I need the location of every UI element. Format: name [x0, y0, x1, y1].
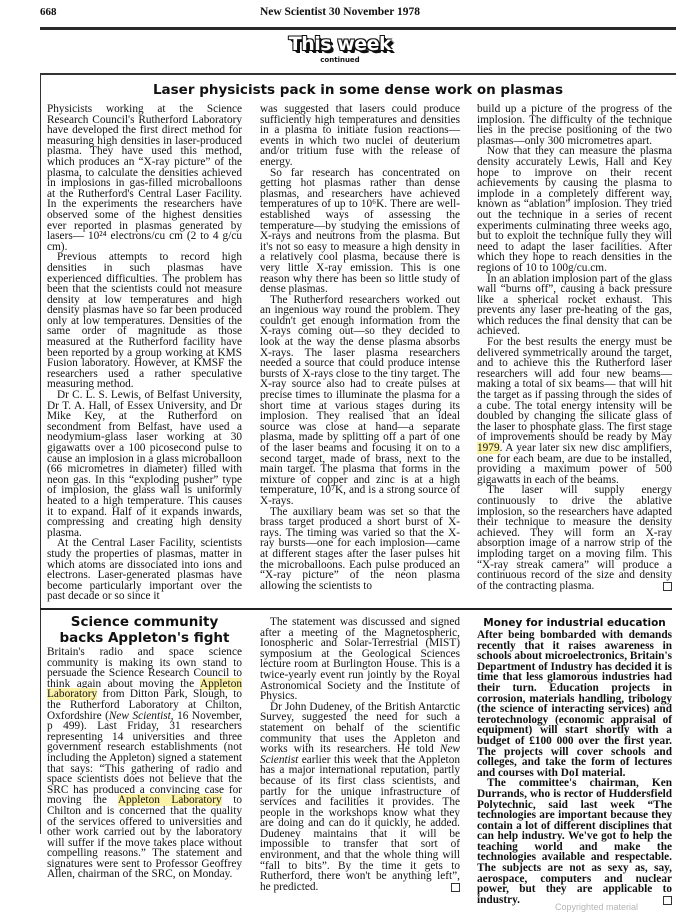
section-logo: This week continued	[0, 33, 680, 64]
middle-rule	[40, 608, 672, 610]
paragraph: At the Central Laser Facility, scientist…	[47, 538, 242, 602]
paragraph: was suggested that lasers could produce …	[260, 104, 460, 168]
section-subtitle: continued	[0, 56, 680, 64]
this-week-logo: This week	[289, 33, 391, 55]
top-rule	[40, 27, 676, 30]
end-of-article-icon	[663, 582, 672, 591]
main-headline: Laser physicists pack in some dense work…	[40, 82, 676, 98]
appleton-article-col1: Britain's radio and space science commun…	[47, 647, 242, 880]
main-article-col3: build up a picture of the progress of th…	[477, 104, 672, 591]
section-rule	[40, 73, 676, 75]
paragraph: In an ablation implosion part of the gla…	[477, 274, 672, 338]
copyright-watermark: Copyrighted material	[555, 902, 638, 912]
end-of-article-icon	[451, 883, 460, 892]
appleton-headline: Science community backs Appleton's fight	[47, 614, 242, 646]
main-article-col2: was suggested that lasers could produce …	[260, 104, 460, 591]
paragraph: After being bombarded with demands recen…	[477, 630, 672, 778]
paragraph: The statement was discussed and signed a…	[260, 617, 460, 702]
appleton-article-col2: The statement was discussed and signed a…	[260, 617, 460, 892]
paragraph: Britain's radio and space science commun…	[47, 647, 242, 880]
paragraph: So far research has concentrated on gett…	[260, 168, 460, 295]
left-frame-rule	[40, 74, 41, 834]
money-headline: Money for industrial education	[477, 617, 672, 629]
paragraph: Physicists working at the Science Resear…	[47, 104, 242, 252]
money-article: After being bombarded with demands recen…	[477, 630, 672, 905]
paragraph: The laser will supply energy continuousl…	[477, 485, 672, 591]
end-of-article-icon	[663, 896, 672, 905]
paragraph: For the best results the energy must be …	[477, 337, 672, 485]
paragraph: The Rutherford researchers worked out an…	[260, 295, 460, 507]
running-title: New Scientist 30 November 1978	[0, 6, 680, 18]
paragraph: Now that they can measure the plasma den…	[477, 146, 672, 273]
paragraph: Previous attempts to record high densiti…	[47, 252, 242, 390]
paragraph: Dr C. L. S. Lewis, of Belfast University…	[47, 390, 242, 538]
paragraph: The committee's chairman, Ken Durrands, …	[477, 778, 672, 905]
paragraph: The auxiliary beam was set so that the b…	[260, 507, 460, 592]
paragraph: Dr John Dudeney, of the British Antarcti…	[260, 702, 460, 893]
main-article-col1: Physicists working at the Science Resear…	[47, 104, 242, 602]
paragraph: build up a picture of the progress of th…	[477, 104, 672, 146]
